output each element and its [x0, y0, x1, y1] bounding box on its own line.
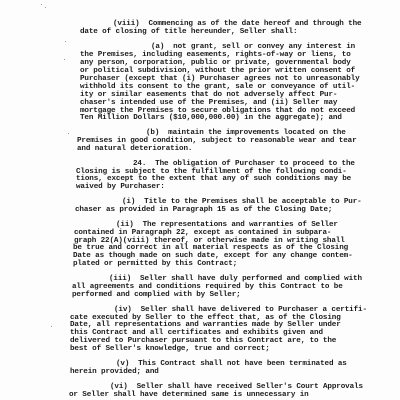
scan-speck: [65, 41, 66, 42]
text-line: Date, all representations and warranties…: [70, 321, 341, 329]
text-line: chaser as provided in Paragraph 15 as of…: [75, 206, 332, 214]
text-line: contained in Paragraph 22, except as con…: [74, 229, 331, 237]
text-line: 24. The obligation of Purchaser to proce…: [133, 160, 355, 168]
text-line: waived by Purchaser:: [76, 183, 165, 191]
text-line: (v) This Contract shall not have been te…: [116, 360, 347, 368]
text-line: withhold its consent to the grant, sale …: [80, 83, 355, 91]
text-line: or Seller shall have determined same is …: [69, 391, 309, 399]
text-line: (b) maintain the improvements located on…: [146, 129, 346, 137]
text-line: (iii) Seller shall have duly performed a…: [109, 275, 362, 283]
text-line: all agreements and conditions required b…: [72, 283, 343, 291]
text-line: ity or similar easements that do not adv…: [80, 91, 337, 99]
text-line: or political subdivision, without the pr…: [80, 67, 355, 75]
text-line: Purchaser (except that (i) Purchaser agr…: [80, 75, 360, 83]
text-line: (viii) Commencing as of the date hereof …: [113, 20, 361, 28]
text-line: chaser's intended use of the Premises, a…: [80, 99, 337, 107]
text-line: Ten Million Dollars ($10,000,000.00) in …: [80, 114, 342, 122]
text-line: be true and correct in all material resp…: [73, 244, 348, 252]
scan-speck: [41, 4, 42, 5]
text-line: date of closing of title hereunder, Sell…: [80, 28, 297, 36]
scan-speck: [68, 133, 69, 134]
scan-speck: [45, 7, 46, 8]
text-line: (ii) The representations and warranties …: [116, 221, 338, 229]
document-page: (viii) Commencing as of the date hereof …: [0, 0, 400, 400]
text-line: plated or permitted by this Contract;: [73, 260, 237, 268]
text-line: this Contract and all certificates and e…: [70, 329, 323, 337]
scan-speck: [51, 326, 52, 327]
text-line: Premises in good condition, subject to r…: [77, 137, 357, 145]
text-line: performed and complied with by Seller;: [72, 291, 241, 299]
text-line: Date as though made on such date, except…: [73, 252, 353, 260]
text-line: best of Seller's knowledge, true and cor…: [70, 345, 270, 353]
scan-speck: [64, 59, 65, 60]
text-line: (a) not grant, sell or convey any intere…: [151, 43, 355, 51]
text-line: (iv) Seller shall have delivered to Purc…: [114, 306, 367, 314]
text-line: (i) Title to the Premises shall be accep…: [122, 198, 362, 206]
text-line: any person, corporation, public or priva…: [80, 59, 351, 67]
text-line: tions, except to the extent that any of …: [76, 175, 351, 183]
text-line: and natural deterioration.: [77, 145, 192, 153]
text-line: (vi) Seller shall have received Seller's…: [110, 383, 363, 391]
text-line: delivered to Purchaser pursuant to this …: [70, 337, 336, 345]
text-line: the Premises, including easements, right…: [80, 51, 351, 59]
text-line: herein provided; and: [70, 368, 159, 376]
